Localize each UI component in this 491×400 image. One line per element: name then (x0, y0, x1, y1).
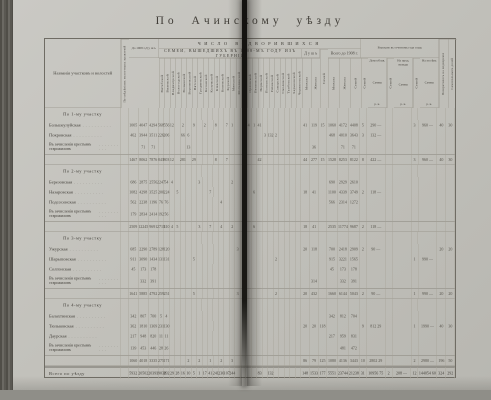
data-cell (319, 341, 327, 355)
data-cell: 446 (149, 341, 159, 355)
data-cell (319, 232, 327, 244)
data-cell (129, 108, 139, 120)
data-cell (301, 311, 310, 321)
data-cell (446, 232, 455, 244)
data-cell: 11774 (338, 221, 349, 232)
data-cell (121, 108, 129, 120)
data-cell (392, 232, 411, 244)
data-cell: 2875 (139, 177, 149, 187)
data-cell (148, 108, 158, 120)
data-cell (301, 299, 310, 311)
families-column-header: Семей (387, 58, 394, 108)
data-cell: 820 (149, 331, 159, 341)
data-cell (385, 165, 392, 177)
data-cell (327, 140, 338, 154)
data-cell: 990 — (418, 288, 437, 299)
data-cell (121, 244, 129, 254)
data-cell (411, 264, 418, 274)
data-cell: 4792 (148, 288, 158, 299)
data-cell: 812 (338, 311, 349, 321)
data-cell: 3221 (338, 254, 349, 264)
data-cell: 6144 (338, 288, 349, 299)
data-cell: 3 (360, 130, 367, 140)
data-cell (366, 108, 385, 120)
return-column-header: Возвратилось на водвореніе (439, 39, 448, 108)
data-cell (385, 207, 392, 221)
data-cell (385, 108, 392, 120)
data-cell (360, 197, 367, 207)
data-cell: 4298 (139, 187, 149, 197)
data-cell (121, 130, 129, 140)
data-cell: 71 (139, 140, 149, 154)
data-cell: 20 (310, 321, 319, 331)
data-cell: 5885 (139, 288, 149, 299)
data-cell (385, 341, 392, 355)
data-cell: 566 (327, 197, 338, 207)
data-cell (310, 331, 319, 341)
data-cell: 342 (129, 311, 139, 321)
header-line: р. к. (426, 103, 432, 107)
data-cell: 2 (360, 221, 367, 232)
data-cell (310, 130, 319, 140)
data-cell: 4408 (349, 120, 360, 130)
data-cell: 990 — (418, 254, 437, 264)
data-cell: 30 (446, 154, 455, 165)
row-label: Покровская. . . . . . . . . . (45, 130, 121, 140)
leader-dots: . . . . . . . . . . (78, 257, 107, 262)
leader-dots: . . . . . . . . . . (73, 133, 102, 138)
data-cell (392, 221, 411, 232)
data-cell (121, 341, 129, 355)
book-binding (242, 0, 247, 386)
data-cell (385, 264, 392, 274)
data-cell (392, 177, 411, 187)
data-cell: 1810 (139, 321, 149, 331)
data-cell: 90 — (367, 244, 386, 254)
data-cell: 685 (129, 244, 139, 254)
data-cell: 30 (446, 120, 455, 130)
data-cell (411, 331, 418, 341)
data-cell (418, 331, 437, 341)
data-cell: 3090 (139, 254, 149, 264)
data-cell (385, 177, 392, 187)
data-cell (392, 264, 411, 274)
row-label: Подсосенская. . . . . . . . . . (45, 197, 121, 207)
row-label (45, 355, 121, 366)
data-cell: 15 (319, 154, 327, 165)
data-cell (437, 221, 446, 232)
data-cell (446, 207, 455, 221)
data-cell (319, 299, 327, 311)
data-cell (411, 130, 418, 140)
leader-dots: . . . . . . . . . . (70, 247, 99, 252)
data-cell: 2980 — (418, 355, 437, 366)
data-cell (121, 355, 129, 366)
row-label (45, 154, 121, 165)
header-line: Домообзав. (369, 59, 385, 63)
data-cell: 960 — (418, 120, 437, 130)
data-cell (360, 264, 367, 274)
data-cell: 1082 (129, 187, 139, 197)
data-cell: 71 (149, 140, 159, 154)
data-cell: 208 — (392, 366, 411, 379)
data-cell (349, 299, 360, 311)
data-cell (418, 140, 437, 154)
data-cell (385, 274, 392, 288)
data-cell: 79 (310, 355, 319, 366)
data-cell (446, 187, 455, 197)
data-cell: 462 (129, 130, 139, 140)
data-cell (446, 221, 455, 232)
data-cell (437, 299, 446, 311)
data-cell: 3443 (349, 355, 360, 366)
data-cell (139, 232, 149, 244)
data-cell (139, 108, 149, 120)
data-cell (392, 331, 411, 341)
data-cell (121, 187, 129, 197)
data-cell: 1533 (310, 366, 319, 379)
male-column-header: Мужска (302, 58, 311, 108)
data-cell (360, 254, 367, 264)
data-cell (310, 264, 319, 274)
leader-dots: . . . . . . . . . . (74, 180, 103, 185)
data-cell (385, 197, 392, 207)
data-cell (301, 331, 310, 341)
data-cell: 2314 (338, 197, 349, 207)
data-cell (446, 311, 455, 321)
data-cell: 3335 (148, 355, 158, 366)
data-cell (418, 165, 437, 177)
data-cell: 1196 (149, 197, 159, 207)
data-cell (446, 331, 455, 341)
data-cell (301, 130, 310, 140)
data-cell (385, 299, 392, 311)
data-cell (121, 299, 129, 311)
data-cell: 4010 (338, 130, 349, 140)
data-cell (366, 299, 385, 311)
data-cell (301, 274, 310, 288)
data-cell (385, 331, 392, 341)
male-column-header: Мужска (328, 58, 339, 108)
data-cell (121, 321, 129, 331)
data-cell (319, 207, 327, 221)
data-cell (437, 331, 446, 341)
leader-dots: . . . . . . . . . . (78, 200, 107, 205)
data-cell: 4018 (139, 355, 149, 366)
data-cell: 40 (437, 321, 446, 331)
unauthorized-column-header: Самовольныхъ долей (448, 39, 457, 108)
row-label (45, 221, 121, 232)
data-cell (385, 288, 392, 299)
data-cell (392, 187, 411, 197)
data-cell (385, 221, 392, 232)
data-cell: 1272 (349, 197, 360, 207)
data-cell (148, 165, 158, 177)
data-cell: 90 — (367, 288, 386, 299)
row-label: Шарыповская. . . . . . . . . . (45, 254, 121, 264)
data-cell (121, 264, 129, 274)
data-cell (411, 341, 418, 355)
data-cell (418, 207, 437, 221)
data-cell: 12 (411, 366, 418, 379)
data-cell (301, 264, 310, 274)
data-cell (360, 341, 367, 355)
data-cell (437, 341, 446, 355)
data-cell: 45 (327, 264, 338, 274)
data-cell: 132 — (367, 130, 386, 140)
data-cell (139, 165, 149, 177)
data-cell: 1565 (349, 254, 360, 264)
data-cell (148, 232, 158, 244)
data-cell (392, 254, 411, 264)
row-label: Березовская. . . . . . . . . . (45, 177, 121, 187)
data-cell: 2509 (129, 221, 139, 232)
data-cell (437, 165, 446, 177)
data-cell (310, 341, 319, 355)
data-cell: 144054 60 (418, 366, 437, 379)
data-cell (301, 254, 310, 264)
data-cell: 1060 (129, 355, 139, 366)
data-cell (437, 140, 446, 154)
data-cell (446, 254, 455, 264)
data-cell: 2 (360, 187, 367, 197)
data-cell (418, 221, 437, 232)
data-cell: 2 (411, 355, 418, 366)
data-cell (310, 207, 319, 221)
data-cell (418, 108, 437, 120)
data-cell (367, 140, 386, 154)
data-cell (437, 187, 446, 197)
data-cell: 20 (446, 288, 455, 299)
row-label: Балахтинская. . . . . . . . . . (45, 311, 121, 321)
data-cell (411, 244, 418, 254)
data-cell: 18 (301, 187, 310, 197)
data-cell (360, 299, 367, 311)
data-cell: 118 — (367, 187, 386, 197)
data-cell (121, 311, 129, 321)
data-cell: 196 (437, 355, 446, 366)
data-cell (385, 232, 392, 244)
data-cell (121, 254, 129, 264)
data-cell: 1528 (327, 154, 338, 165)
data-cell: 562 (129, 197, 139, 207)
data-cell: 432 (310, 288, 319, 299)
data-cell (121, 154, 129, 165)
data-cell: 31 (360, 366, 367, 379)
data-cell (418, 130, 437, 140)
data-cell (360, 165, 367, 177)
data-cell (367, 207, 386, 221)
data-cell (310, 311, 319, 321)
data-cell (392, 165, 411, 177)
data-cell (121, 140, 129, 154)
data-cell (411, 187, 418, 197)
data-cell (360, 177, 367, 187)
data-cell: 1434 (148, 254, 158, 264)
data-cell: 704 (349, 311, 360, 321)
data-cell (121, 165, 129, 177)
row-label: Тюльковская. . . . . . . . . . (45, 321, 121, 331)
data-cell (319, 140, 327, 154)
data-cell (446, 299, 455, 311)
data-cell: 2290 (139, 244, 149, 254)
data-cell (301, 165, 310, 177)
data-cell: 2238 (139, 197, 149, 207)
data-cell (121, 331, 129, 341)
data-cell (319, 221, 327, 232)
data-cell: 3749 (349, 187, 360, 197)
data-cell (129, 165, 139, 177)
data-cell (437, 177, 446, 187)
data-cell (121, 221, 129, 232)
data-cell (301, 341, 310, 355)
data-cell: 959 (338, 331, 349, 341)
data-cell (367, 177, 386, 187)
data-cell (411, 165, 418, 177)
data-cell (349, 232, 360, 244)
data-cell (392, 130, 411, 140)
data-cell (338, 232, 349, 244)
data-cell: 20 (437, 288, 446, 299)
data-cell: 173 (139, 264, 149, 274)
data-cell: 2535 (327, 221, 338, 232)
data-cell: 217 (129, 331, 139, 341)
data-cell: 3 (411, 154, 418, 165)
data-cell (446, 341, 455, 355)
data-cell: 277 (310, 154, 319, 165)
female-column-header: Женска (311, 58, 320, 108)
data-cell (392, 299, 411, 311)
data-cell: 36 (310, 140, 319, 154)
data-cell (319, 274, 327, 288)
data-cell (367, 331, 386, 341)
data-cell (360, 274, 367, 288)
data-cell (418, 341, 437, 355)
data-cell (129, 299, 139, 311)
data-cell (418, 244, 437, 254)
data-cell (411, 197, 418, 207)
data-cell (446, 130, 455, 140)
leader-dots: . . . . . . . . . . (99, 210, 120, 219)
row-label: Въ зачисленіи крестьянъ старожиловъ. . .… (45, 140, 121, 154)
data-cell: 1060 (327, 120, 338, 130)
data-cell (327, 299, 338, 311)
data-cell: 1660 (327, 288, 338, 299)
row-label: Всего по уѣзду (45, 366, 121, 379)
data-cell (385, 244, 392, 254)
row-label-column-header: Названія участковъ и волостей (45, 39, 121, 108)
data-cell (349, 108, 360, 120)
vsego-header: Всего до 1908 г. (328, 49, 361, 58)
data-cell: 391 (349, 274, 360, 288)
data-cell: 1990 — (418, 321, 437, 331)
data-cell: 71 (338, 140, 349, 154)
data-cell (446, 140, 455, 154)
data-cell: 125 (319, 355, 327, 366)
row-label: Ужурская. . . . . . . . . . (45, 244, 121, 254)
data-cell: 217 (327, 331, 338, 341)
data-cell (446, 165, 455, 177)
data-cell: 1100 (327, 187, 338, 197)
data-cell: 44 (301, 154, 310, 165)
data-cell (367, 197, 386, 207)
data-cell: 2610 (349, 177, 360, 187)
data-cell (310, 254, 319, 264)
data-cell (360, 207, 367, 221)
row-label (45, 288, 121, 299)
row-label: По 3-му участку (45, 232, 121, 244)
header-line: р. к. (374, 103, 380, 107)
data-cell (392, 154, 411, 165)
header-line: Сумма (399, 83, 408, 87)
data-cell: 453 (139, 341, 149, 355)
data-cell: 831 (349, 331, 360, 341)
data-cell: 178 (149, 264, 159, 274)
data-cell: 9 (360, 321, 367, 331)
data-cell: 10 (360, 355, 367, 366)
data-cell (338, 321, 349, 331)
data-cell: 30 (446, 321, 455, 331)
data-cell: 4172 (338, 120, 349, 130)
data-cell: 3525 (148, 187, 158, 197)
data-cell (446, 274, 455, 288)
data-cell: 1 (411, 288, 418, 299)
data-cell (319, 197, 327, 207)
data-cell (327, 232, 338, 244)
data-cell (392, 355, 411, 366)
data-cell: 3 (411, 120, 418, 130)
data-cell (367, 274, 386, 288)
dush-header: Д у ш ъ (302, 49, 320, 58)
data-cell (319, 244, 327, 254)
row-label: Солгонская. . . . . . . . . . (45, 264, 121, 274)
data-cell: 960 — (418, 154, 437, 165)
data-cell (418, 232, 437, 244)
data-cell: 1080 (327, 355, 338, 366)
data-cell (360, 331, 367, 341)
data-cell (392, 108, 411, 120)
data-cell (360, 232, 367, 244)
data-cell (319, 311, 327, 321)
data-cell (301, 140, 310, 154)
data-cell (301, 232, 310, 244)
data-cell (385, 154, 392, 165)
data-cell (392, 321, 411, 331)
data-cell: 118 — (367, 221, 386, 232)
row-label: Въ зачисленіи крестьянъ старожиловъ. . .… (45, 274, 121, 288)
header-line: На прод. нужды (395, 59, 413, 67)
data-cell (385, 321, 392, 331)
header-line: Д у ш ъ (145, 46, 155, 50)
data-cell: 2929 (338, 177, 349, 187)
data-cell (129, 274, 139, 288)
data-cell (411, 274, 418, 288)
data-cell: 15 (319, 120, 327, 130)
data-cell (349, 207, 360, 221)
data-cell (418, 264, 437, 274)
leader-dots: . . . . . . . . . . (73, 267, 102, 272)
data-cell: 173 (338, 264, 349, 274)
data-cell (366, 165, 385, 177)
data-cell (437, 232, 446, 244)
data-cell (446, 177, 455, 187)
data-cell (310, 232, 319, 244)
data-cell: 915 (327, 254, 338, 264)
data-cell: 41 (310, 221, 319, 232)
data-cell: 86 (301, 355, 310, 366)
data-cell (366, 232, 385, 244)
data-cell: 1005 (129, 120, 139, 130)
